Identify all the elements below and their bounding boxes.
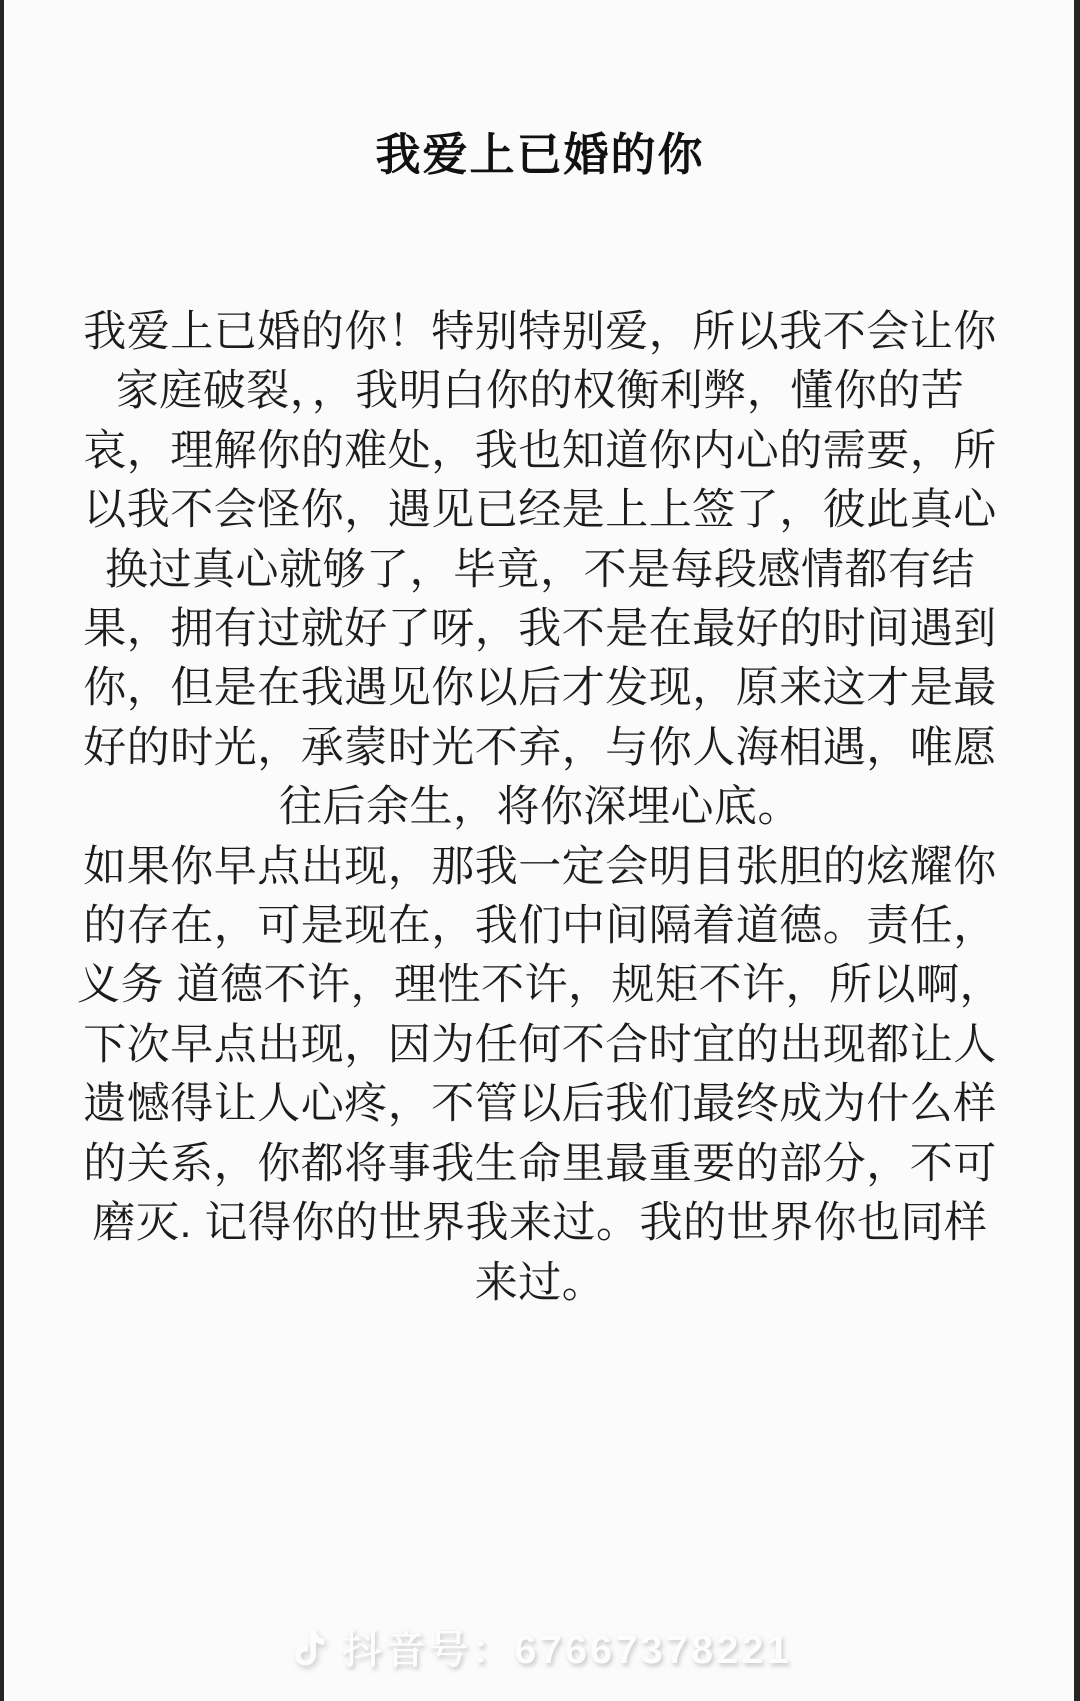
- page-title: 我爱上已婚的你: [0, 118, 1080, 183]
- body-line: 来过。: [70, 1254, 1010, 1313]
- text-image-page: 我爱上已婚的你 我爱上已婚的你！特别特别爱，所以我不会让你 家庭破裂，，我明白你…: [0, 0, 1080, 1701]
- body-line: 的关系，你都将事我生命里最重要的部分，不可: [70, 1135, 1010, 1194]
- body-line: 好的时光，承蒙时光不弃，与你人海相遇，唯愿: [70, 719, 1010, 778]
- body-line: 往后余生，将你深埋心底。: [70, 778, 1010, 837]
- body-line: 下次早点出现，因为任何不合时宜的出现都让人: [70, 1016, 1010, 1075]
- body-line: 我爱上已婚的你！特别特别爱，所以我不会让你: [70, 303, 1010, 362]
- body-line: 的存在，可是现在，我们中间隔着道德。责任，: [70, 897, 1010, 956]
- right-edge-bar: [1074, 0, 1080, 1701]
- douyin-account-text: 抖音号：67667378221: [342, 1618, 792, 1675]
- douyin-note-icon: [288, 1625, 328, 1669]
- body-line: 磨灭. 记得你的世界我来过。我的世界你也同样: [70, 1194, 1010, 1253]
- left-edge-bar: [0, 0, 4, 1701]
- body-line: 哀，理解你的难处，我也知道你内心的需要，所: [70, 422, 1010, 481]
- body-line: 果，拥有过就好了呀，我不是在最好的时间遇到: [70, 600, 1010, 659]
- body-line: 如果你早点出现，那我一定会明目张胆的炫耀你: [70, 838, 1010, 897]
- body-line: 遗憾得让人心疼，不管以后我们最终成为什么样: [70, 1075, 1010, 1134]
- body-line: 以我不会怪你，遇见已经是上上签了，彼此真心: [70, 481, 1010, 540]
- body-line: 义务 道德不许，理性不许，规矩不许，所以啊，: [70, 956, 1010, 1015]
- body-line: 你，但是在我遇见你以后才发现，原来这才是最: [70, 659, 1010, 718]
- body-line: 家庭破裂，，我明白你的权衡利弊，懂你的苦: [70, 362, 1010, 421]
- body-line: 换过真心就够了，毕竟，不是每段感情都有结: [70, 541, 1010, 600]
- body-text: 我爱上已婚的你！特别特别爱，所以我不会让你 家庭破裂，，我明白你的权衡利弊，懂你…: [70, 303, 1010, 1313]
- douyin-watermark: 抖音号：67667378221: [0, 1618, 1080, 1675]
